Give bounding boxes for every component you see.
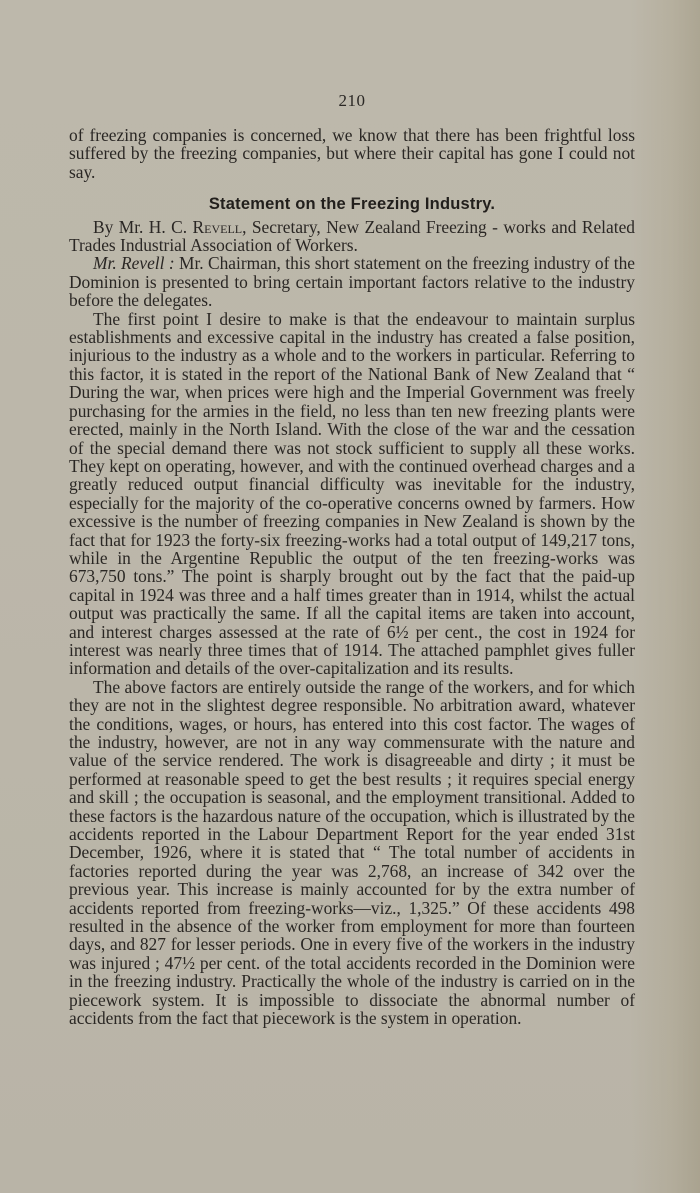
section-heading: Statement on the Freezing Industry. xyxy=(69,195,635,213)
opening-paragraph: of freezing companies is concerned, we k… xyxy=(69,126,635,181)
paragraph-above-factors: The above factors are entirely outside t… xyxy=(69,678,635,1028)
speaker-label: Mr. Revell : xyxy=(93,253,175,273)
page-edge-stain xyxy=(630,0,700,1193)
intro-paragraph: Mr. Revell : Mr. Chairman, this short st… xyxy=(69,254,635,309)
scanned-page: 210 of freezing companies is concerned, … xyxy=(0,0,700,1193)
byline-prefix: By Mr. H. C. xyxy=(93,217,193,237)
body-text: of freezing companies is concerned, we k… xyxy=(69,126,635,1028)
paragraph-first-point: The first point I desire to make is that… xyxy=(69,310,635,678)
page-number: 210 xyxy=(69,91,635,111)
byline-name: Revell xyxy=(193,217,243,237)
byline: By Mr. H. C. Revell, Secretary, New Zeal… xyxy=(69,218,635,255)
